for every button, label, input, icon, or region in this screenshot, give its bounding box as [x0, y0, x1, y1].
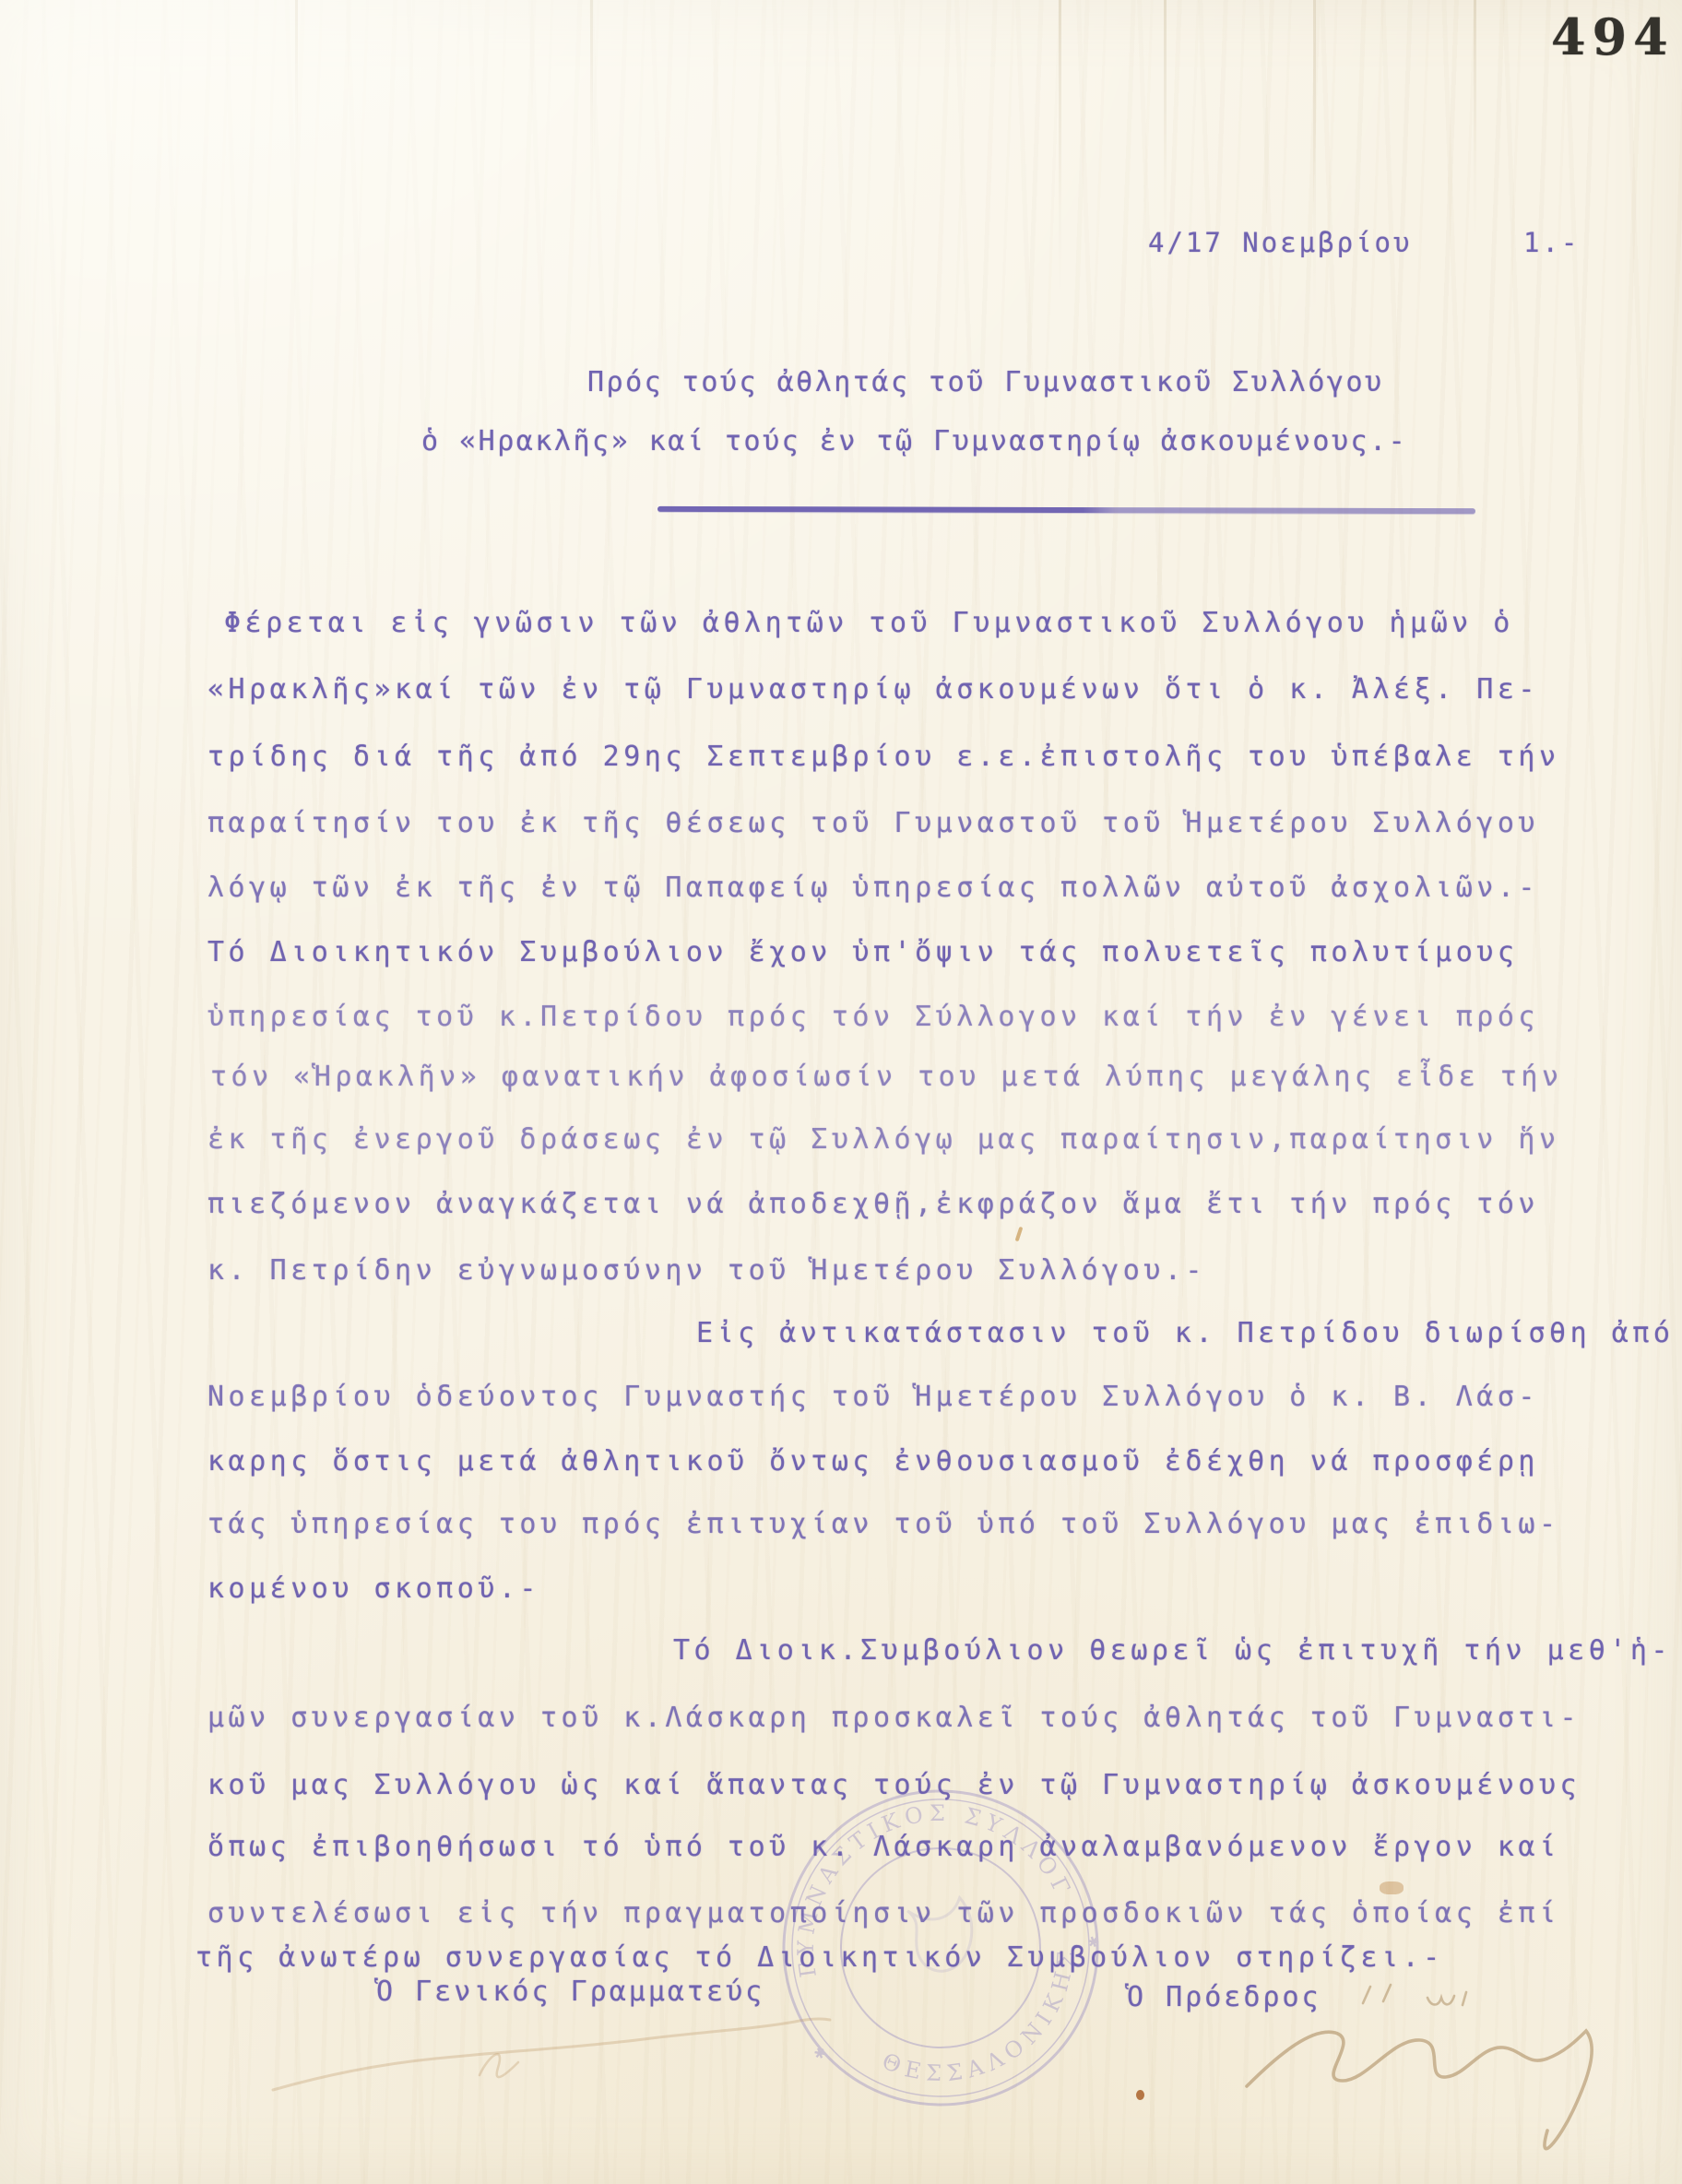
paper-crease	[1474, 0, 1476, 240]
secretary-handwritten-flourish	[480, 2054, 518, 2077]
body-line: «Ηρακλῆς»καί τῶν ἐν τῷ Γυμναστηρίῳ ἀσκου…	[207, 673, 1539, 706]
scanned-letter-page: 494 4/17 Νοεμβρίου 1.- Πρός τούς ἀθλητάς…	[0, 0, 1682, 2184]
president-signature-label: Ὁ Πρόεδρος	[1127, 1981, 1321, 2013]
body-line: κοῦ μας Συλλόγου ὡς καί ἅπαντας τούς ἐν …	[207, 1769, 1581, 1801]
heading-underline	[657, 506, 1475, 514]
svg-text:ΓΥΜΝΑΣΤΙΚΟΣ ΣΥΛΛΟΓΟΣ: ΓΥΜΝΑΣΤΙΚΟΣ ΣΥΛΛΟΓΟΣ	[764, 1773, 1078, 2010]
body-line: τρίδης διά τῆς ἀπό 29ης Σεπτεμβρίου ε.ε.…	[207, 741, 1560, 773]
body-line: Εἰς ἀντικατάστασιν τοῦ κ. Πετρίδου διωρί…	[696, 1317, 1682, 1349]
stamp-arc-top-text: ΓΥΜΝΑΣΤΙΚΟΣ ΣΥΛΛΟΓΟΣ	[764, 1773, 1078, 2010]
star-icon: ✱	[811, 2039, 829, 2064]
paper-crease	[1059, 0, 1061, 295]
heading-line-2: ὁ «Ηρακλῆς» καί τούς ἐν τῷ Γυμναστηρίῳ ἀ…	[421, 425, 1407, 457]
body-line: ὅπως ἐπιβοηθήσωσι τό ὑπό τοῦ κ. Λάσκαρη …	[207, 1831, 1560, 1863]
paper-stain	[1136, 2090, 1144, 2100]
paper-crease	[1313, 0, 1316, 314]
body-line: παραίτησίν του ἐκ τῆς θέσεως τοῦ Γυμναστ…	[207, 807, 1539, 839]
paper-stain	[1015, 1227, 1024, 1241]
body-line: τάς ὑπηρεσίας του πρός ἐπιτυχίαν τοῦ ὑπό…	[207, 1508, 1560, 1540]
body-line: μῶν συνεργασίαν τοῦ κ.Λάσκαρη προσκαλεῖ …	[207, 1702, 1581, 1734]
body-line: τῆς ἀνωτέρω συνεργασίας τό Διοικητικόν Σ…	[195, 1941, 1444, 1974]
secretary-handwritten-signature	[273, 2019, 830, 2090]
body-line: ἐκ τῆς ἐνεργοῦ δράσεως ἐν τῷ Συλλόγῳ μας…	[207, 1123, 1560, 1156]
body-line: συντελέσωσι εἰς τήν πραγματοποίησιν τῶν …	[207, 1897, 1560, 1929]
body-line: ὑπηρεσίας τοῦ κ.Πετρίδου πρός τόν Σύλλογ…	[207, 1001, 1539, 1033]
body-line: πιεζόμενον ἀναγκάζεται νά ἀποδεχθῇ,ἐκφρά…	[207, 1188, 1539, 1220]
body-line: τόν «Ἡρακλῆν» φανατικήν ἀφοσίωσίν του με…	[210, 1061, 1563, 1093]
body-line: Φέρεται εἰς γνῶσιν τῶν ἀθλητῶν τοῦ Γυμνα…	[224, 607, 1514, 639]
body-line: κ. Πετρίδην εὐγνωμοσύνην τοῦ Ἡμετέρου Συ…	[207, 1254, 1206, 1287]
paper-crease	[1164, 0, 1167, 258]
body-line: λόγῳ τῶν ἐκ τῆς ἐν τῷ Παπαφείῳ ὑπηρεσίας…	[207, 872, 1539, 904]
date-line: 4/17 Νοεμβρίου	[1148, 227, 1412, 258]
body-line: κομένου σκοποῦ.-	[207, 1573, 540, 1605]
paper-stain	[1380, 1881, 1404, 1894]
paper-crease	[590, 0, 593, 203]
body-line: Τό Διοικ.Συμβούλιον θεωρεῖ ὡς ἐπιτυχῆ τή…	[673, 1634, 1672, 1667]
date-number: 1.-	[1523, 227, 1580, 258]
secretary-signature-label: Ὁ Γενικός Γραμματεύς	[376, 1976, 764, 2008]
pen-mark	[1363, 1985, 1466, 2005]
president-handwritten-signature	[1247, 2031, 1592, 2149]
body-line: Νοεμβρίου ὁδεύοντος Γυμναστής τοῦ Ἡμετέρ…	[207, 1381, 1539, 1413]
page-number: 494	[1551, 7, 1675, 66]
paper-crease	[295, 0, 298, 166]
body-line: καρης ὅστις μετά ἀθλητικοῦ ὄντως ἐνθουσι…	[207, 1445, 1539, 1478]
body-line: Τό Διοικητικόν Συμβούλιον ἔχον ὑπ'ὄψιν τ…	[207, 936, 1518, 968]
heading-line-1: Πρός τούς ἀθλητάς τοῦ Γυμναστικοῦ Συλλόγ…	[587, 366, 1384, 398]
